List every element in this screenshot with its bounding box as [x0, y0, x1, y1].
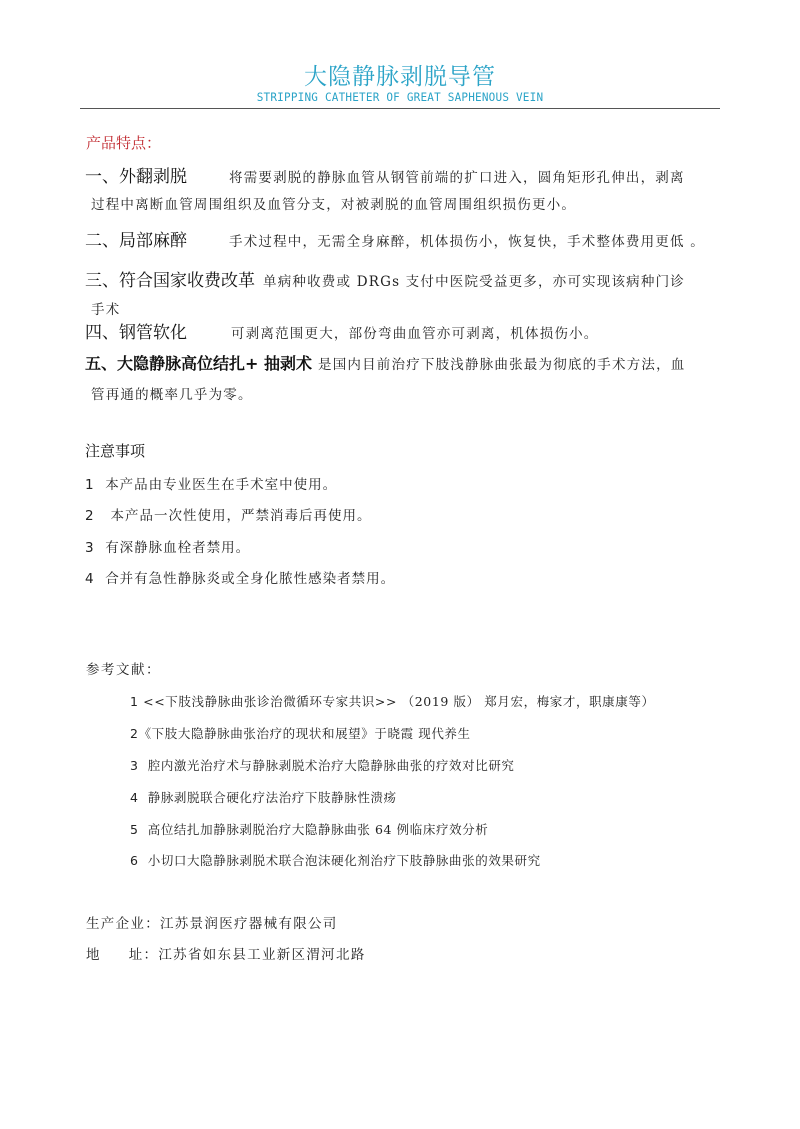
precaution-item: 3 有深静脉血栓者禁用。	[85, 536, 250, 556]
precaution-number: 4	[85, 571, 95, 587]
precaution-text: 合并有急性静脉炎或全身化脓性感染者禁用。	[105, 571, 395, 587]
features-heading: 产品特点：	[86, 132, 161, 153]
precaution-item: 1 本产品由专业医生在手术室中使用。	[85, 473, 337, 493]
reference-text: 腔内激光治疗术与静脉剥脱术治疗大隐静脉曲张的疗效对比研究	[148, 758, 515, 773]
feature-item-4: 四、钢管软化可剥离范围更大，部份弯曲血管亦可剥离，机体损伤小。	[85, 318, 599, 343]
precautions-heading: 注意事项	[85, 440, 145, 461]
precaution-number: 2	[85, 508, 95, 524]
reference-text: 静脉剥脱联合硬化疗法治疗下肢静脉性溃疡	[148, 790, 397, 805]
precaution-text: 本产品由专业医生在手术室中使用。	[105, 477, 337, 493]
feature-title: 外翻剥脱	[119, 162, 229, 187]
reference-item: 3 腔内激光治疗术与静脉剥脱术治疗大隐静脉曲张的疗效对比研究	[130, 756, 515, 774]
feature-title: 钢管软化	[119, 318, 231, 343]
manufacturer-label: 生产企业：	[86, 916, 160, 932]
feature-item-5-continuation: 管再通的概率几乎为零。	[91, 383, 253, 403]
reference-number: 2	[130, 726, 139, 741]
feature-body: 将需要剥脱的静脉血管从钢管前端的扩口进入，圆角矩形孔伸出，剥离	[229, 170, 685, 186]
reference-text: 《下肢大隐静脉曲张治疗的现状和展望》于晓霞 现代养生	[139, 726, 471, 741]
feature-number: 四、	[85, 323, 119, 343]
feature-item-3-continuation: 手术	[91, 298, 120, 318]
reference-number: 1	[130, 694, 139, 709]
reference-text: <<下肢浅静脉曲张诊治微循环专家共识>> （2019 版） 郑月宏，梅家才，职康…	[143, 694, 654, 709]
feature-number: 三、	[85, 271, 119, 291]
feature-title: 符合国家收费改革	[119, 271, 255, 291]
reference-number: 3	[130, 758, 139, 773]
precaution-item: 2 本产品一次性使用，严禁消毒后再使用。	[85, 504, 371, 524]
reference-number: 4	[130, 790, 139, 805]
precaution-number: 1	[85, 477, 95, 493]
manufacturer-name: 江苏景润医疗器械有限公司	[160, 916, 338, 932]
document-subtitle: STRIPPING CATHETER OF GREAT SAPHENOUS VE…	[0, 91, 800, 105]
address-value: 江苏省如东县工业新区渭河北路	[158, 947, 365, 963]
feature-number: 二、	[85, 231, 119, 251]
reference-item: 4 静脉剥脱联合硬化疗法治疗下肢静脉性溃疡	[130, 788, 397, 806]
reference-item: 6 小切口大隐静脉剥脱术联合泡沫硬化剂治疗下肢静脉曲张的效果研究	[130, 851, 541, 869]
feature-item-5: 五、大隐静脉高位结扎+ 抽剥术是国内目前治疗下肢浅静脉曲张最为彻底的手术方法，血	[85, 351, 686, 374]
document-title: 大隐静脉剥脱导管	[0, 58, 800, 91]
precaution-text: 有深静脉血栓者禁用。	[105, 540, 250, 556]
reference-item: 2《下肢大隐静脉曲张治疗的现状和展望》于晓霞 现代养生	[130, 724, 471, 742]
reference-item: 1 <<下肢浅静脉曲张诊治微循环专家共识>> （2019 版） 郑月宏，梅家才，…	[130, 692, 655, 710]
header-divider	[80, 108, 720, 109]
feature-title: 局部麻醉	[119, 226, 229, 251]
precaution-item: 4 合并有急性静脉炎或全身化脓性感染者禁用。	[85, 567, 395, 587]
feature-number: 五、	[85, 354, 117, 373]
reference-text: 小切口大隐静脉剥脱术联合泡沫硬化剂治疗下肢静脉曲张的效果研究	[148, 853, 541, 868]
feature-item-1: 一、 外翻剥脱将需要剥脱的静脉血管从钢管前端的扩口进入，圆角矩形孔伸出，剥离	[85, 162, 685, 187]
reference-number: 6	[130, 853, 139, 868]
feature-item-1-continuation: 过程中离断血管周围组织及血管分支，对被剥脱的血管周围组织损伤更小。	[91, 193, 576, 213]
reference-item: 5 高位结扎加静脉剥脱治疗大隐静脉曲张 64 例临床疗效分析	[130, 820, 488, 838]
address-label: 地 址：	[86, 947, 158, 963]
precaution-number: 3	[85, 540, 95, 556]
address-line: 地 址：江苏省如东县工业新区渭河北路	[86, 943, 366, 963]
feature-body: 单病种收费或 DRGs 支付中医院受益更多，亦可实现该病种门诊	[263, 274, 685, 290]
references-heading: 参考文献：	[86, 658, 161, 678]
feature-title: 大隐静脉高位结扎+ 抽剥术	[117, 354, 312, 373]
reference-text: 高位结扎加静脉剥脱治疗大隐静脉曲张 64 例临床疗效分析	[148, 822, 489, 837]
reference-number: 5	[130, 822, 139, 837]
feature-item-3: 三、符合国家收费改革单病种收费或 DRGs 支付中医院受益更多，亦可实现该病种门…	[85, 266, 685, 291]
manufacturer-line: 生产企业：江苏景润医疗器械有限公司	[86, 912, 338, 932]
feature-body: 手术过程中，无需全身麻醉，机体损伤小，恢复快，手术整体费用更低 。	[229, 234, 705, 250]
feature-body: 可剥离范围更大，部份弯曲血管亦可剥离，机体损伤小。	[231, 326, 599, 342]
feature-number: 一、	[85, 167, 119, 187]
feature-item-2: 二、 局部麻醉手术过程中，无需全身麻醉，机体损伤小，恢复快，手术整体费用更低 。	[85, 226, 705, 251]
precaution-text: 本产品一次性使用，严禁消毒后再使用。	[105, 508, 371, 524]
feature-body: 是国内目前治疗下肢浅静脉曲张最为彻底的手术方法，血	[318, 357, 686, 373]
